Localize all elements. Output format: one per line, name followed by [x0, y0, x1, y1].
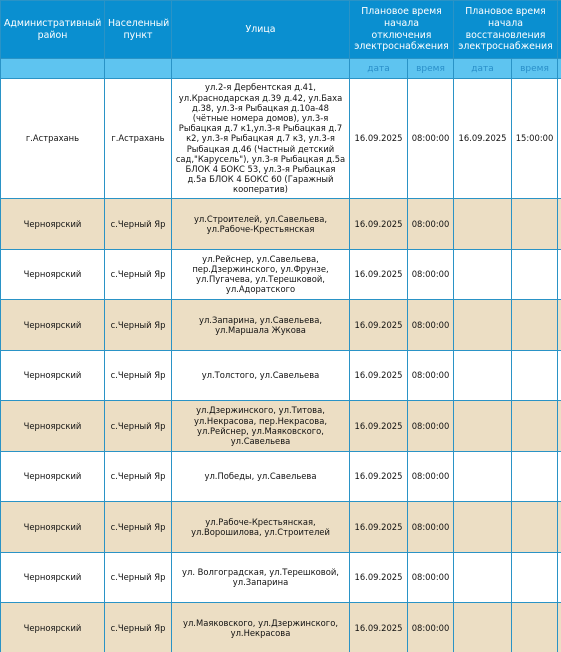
header-outage-start: Плановое время начала отключения электро…	[350, 1, 454, 59]
cell-off-time: 08:00:00	[408, 350, 454, 401]
cell-on-time	[512, 350, 558, 401]
subheader-empty	[105, 59, 172, 79]
table-row: Черноярскийс.Черный Ярул.Дзержинского, у…	[1, 401, 561, 452]
header-locality: Населенный пункт	[105, 1, 172, 59]
cell-street: ул.2-я Дербентская д.41, ул.Краснодарска…	[172, 79, 350, 199]
table-row: Черноярскийс.Черный Ярул. Волгоградская,…	[1, 552, 561, 603]
cell-off-date: 16.09.2025	[350, 300, 408, 351]
cell-extra	[558, 502, 561, 553]
cell-street: ул.Запарина, ул.Савельева, ул.Маршала Жу…	[172, 300, 350, 351]
table-row: Черноярскийс.Черный Ярул.Строителей, ул.…	[1, 199, 561, 250]
cell-on-time	[512, 300, 558, 351]
table-row: Черноярскийс.Черный Ярул.Маяковского, ул…	[1, 603, 561, 652]
cell-locality: г.Астрахань	[105, 79, 172, 199]
cell-on-time	[512, 401, 558, 452]
table-row: г.Астраханьг.Астраханьул.2-я Дербентская…	[1, 79, 561, 199]
cell-off-time: 08:00:00	[408, 249, 454, 300]
cell-extra	[558, 350, 561, 401]
cell-extra	[558, 552, 561, 603]
subheader-extra	[558, 59, 561, 79]
cell-locality: с.Черный Яр	[105, 300, 172, 351]
table-row: Черноярскийс.Черный Ярул.Победы, ул.Саве…	[1, 451, 561, 502]
cell-off-date: 16.09.2025	[350, 603, 408, 652]
cell-street: ул.Дзержинского, ул.Титова, ул.Некрасова…	[172, 401, 350, 452]
cell-extra	[558, 603, 561, 652]
cell-on-time: 15:00:00	[512, 79, 558, 199]
header-row: Административный район Населенный пункт …	[1, 1, 561, 59]
cell-off-time: 08:00:00	[408, 552, 454, 603]
cell-off-time: 08:00:00	[408, 300, 454, 351]
cell-off-date: 16.09.2025	[350, 199, 408, 250]
cell-street: ул.Рабоче-Крестьянская, ул.Ворошилова, у…	[172, 502, 350, 553]
cell-off-date: 16.09.2025	[350, 451, 408, 502]
cell-district: г.Астрахань	[1, 79, 105, 199]
power-outage-table: Административный район Населенный пункт …	[0, 0, 561, 652]
cell-on-date	[454, 300, 512, 351]
cell-district: Черноярский	[1, 451, 105, 502]
cell-district: Черноярский	[1, 401, 105, 452]
cell-on-date	[454, 451, 512, 502]
cell-street: ул.Рейснер, ул.Савельева, пер.Дзержинско…	[172, 249, 350, 300]
cell-on-date	[454, 603, 512, 652]
subheader-on-time: время	[512, 59, 558, 79]
cell-off-time: 08:00:00	[408, 451, 454, 502]
cell-locality: с.Черный Яр	[105, 603, 172, 652]
table-row: Черноярскийс.Черный Ярул.Толстого, ул.Са…	[1, 350, 561, 401]
header-district: Административный район	[1, 1, 105, 59]
subheader-empty	[1, 59, 105, 79]
cell-street: ул.Строителей, ул.Савельева, ул.Рабоче-К…	[172, 199, 350, 250]
cell-locality: с.Черный Яр	[105, 350, 172, 401]
cell-on-date	[454, 350, 512, 401]
cell-street: ул.Толстого, ул.Савельева	[172, 350, 350, 401]
cell-district: Черноярский	[1, 249, 105, 300]
header-extra	[558, 1, 561, 59]
cell-locality: с.Черный Яр	[105, 451, 172, 502]
table-row: Черноярскийс.Черный Ярул.Запарина, ул.Са…	[1, 300, 561, 351]
cell-extra	[558, 401, 561, 452]
cell-street: ул. Волгоградская, ул.Терешковой, ул.Зап…	[172, 552, 350, 603]
cell-on-date	[454, 552, 512, 603]
cell-off-date: 16.09.2025	[350, 401, 408, 452]
cell-street: ул.Победы, ул.Савельева	[172, 451, 350, 502]
cell-off-time: 08:00:00	[408, 502, 454, 553]
cell-locality: с.Черный Яр	[105, 502, 172, 553]
subheader-row: дата время дата время	[1, 59, 561, 79]
cell-on-time	[512, 603, 558, 652]
cell-on-date	[454, 401, 512, 452]
cell-on-time	[512, 451, 558, 502]
cell-locality: с.Черный Яр	[105, 199, 172, 250]
cell-on-time	[512, 502, 558, 553]
cell-on-time	[512, 199, 558, 250]
subheader-off-time: время	[408, 59, 454, 79]
header-street: Улица	[172, 1, 350, 59]
cell-extra	[558, 79, 561, 199]
cell-on-date: 16.09.2025	[454, 79, 512, 199]
cell-off-date: 16.09.2025	[350, 350, 408, 401]
cell-district: Черноярский	[1, 502, 105, 553]
header-restore-start: Плановое время начала восстановления эле…	[454, 1, 558, 59]
cell-on-time	[512, 249, 558, 300]
cell-on-date	[454, 199, 512, 250]
subheader-on-date: дата	[454, 59, 512, 79]
cell-off-date: 16.09.2025	[350, 249, 408, 300]
cell-district: Черноярский	[1, 350, 105, 401]
cell-extra	[558, 199, 561, 250]
cell-on-time	[512, 552, 558, 603]
cell-district: Черноярский	[1, 300, 105, 351]
cell-street: ул.Маяковского, ул.Дзержинского, ул.Некр…	[172, 603, 350, 652]
subheader-empty	[172, 59, 350, 79]
cell-off-date: 16.09.2025	[350, 552, 408, 603]
cell-on-date	[454, 502, 512, 553]
subheader-off-date: дата	[350, 59, 408, 79]
cell-off-date: 16.09.2025	[350, 79, 408, 199]
cell-district: Черноярский	[1, 199, 105, 250]
cell-off-date: 16.09.2025	[350, 502, 408, 553]
cell-on-date	[454, 249, 512, 300]
cell-locality: с.Черный Яр	[105, 552, 172, 603]
cell-district: Черноярский	[1, 603, 105, 652]
cell-district: Черноярский	[1, 552, 105, 603]
cell-off-time: 08:00:00	[408, 79, 454, 199]
cell-off-time: 08:00:00	[408, 199, 454, 250]
cell-extra	[558, 249, 561, 300]
table-row: Черноярскийс.Черный Ярул.Рабоче-Крестьян…	[1, 502, 561, 553]
cell-locality: с.Черный Яр	[105, 401, 172, 452]
cell-extra	[558, 451, 561, 502]
cell-locality: с.Черный Яр	[105, 249, 172, 300]
cell-off-time: 08:00:00	[408, 603, 454, 652]
cell-off-time: 08:00:00	[408, 401, 454, 452]
table-row: Черноярскийс.Черный Ярул.Рейснер, ул.Сав…	[1, 249, 561, 300]
cell-extra	[558, 300, 561, 351]
